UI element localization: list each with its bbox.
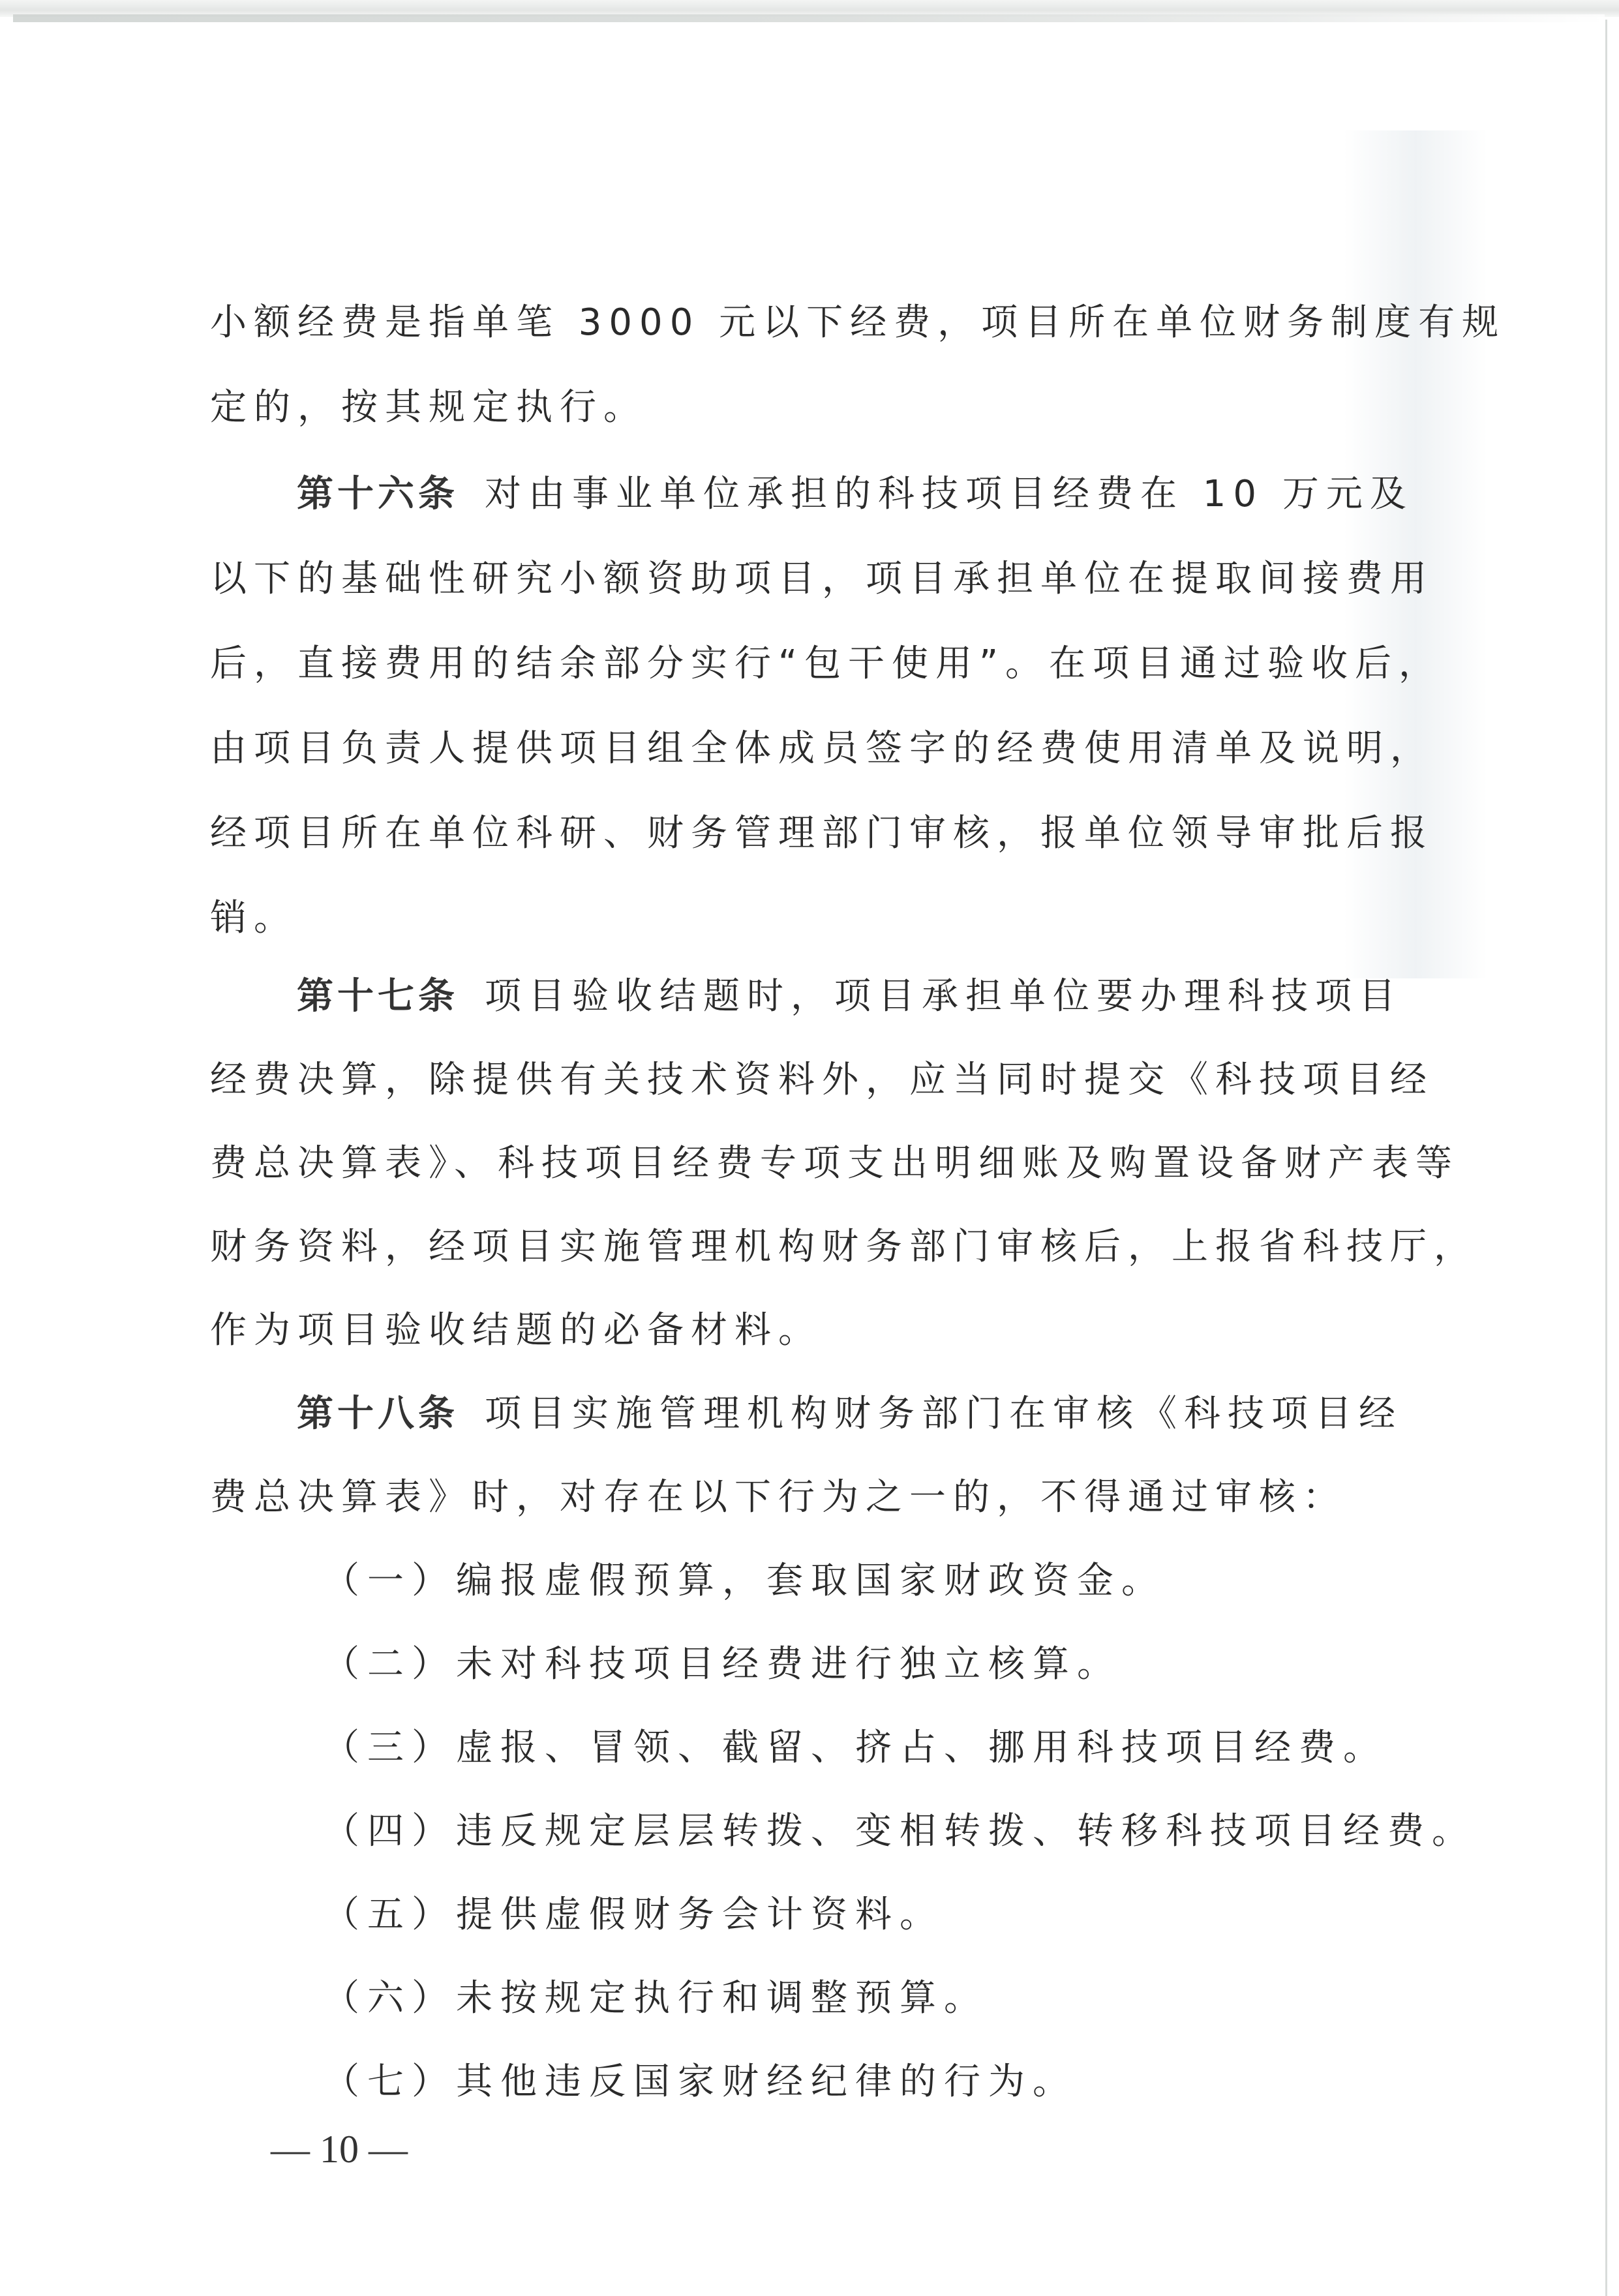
list-item: （五）提供虚假财务会计资料。	[323, 1889, 1543, 1941]
text-line: 定的，按其规定执行。	[210, 382, 1430, 434]
text-line: 费总决算表》时，对存在以下行为之一的，不得通过审核：	[210, 1472, 1430, 1524]
text-line: 项目验收结题时，项目承担单位要办理科技项目	[485, 975, 1402, 1018]
list-item: （六）未按规定执行和调整预算。	[323, 1972, 1543, 2025]
article-16-first-line: 第十六条对由事业单位承担的科技项目经费在 10 万元及	[297, 468, 1517, 521]
list-item: （四）违反规定层层转拨、变相转拨、转移科技项目经费。	[323, 1805, 1543, 1858]
list-item: （七）其他违反国家财经纪律的行为。	[323, 2056, 1543, 2108]
text-line: 小额经费是指单笔 3000 元以下经费，项目所在单位财务制度有规	[210, 297, 1430, 349]
text-line: 后，直接费用的结余部分实行“包干使用”。在项目通过验收后，	[210, 638, 1430, 690]
scan-edge-shadow	[13, 14, 1605, 22]
article-17-first-line: 第十七条项目验收结题时，项目承担单位要办理科技项目	[297, 971, 1517, 1023]
text-line: 销。	[210, 892, 1430, 944]
list-item: （三）虚报、冒领、截留、挤占、挪用科技项目经费。	[323, 1722, 1543, 1774]
text-line: 项目实施管理机构财务部门在审核《科技项目经	[485, 1393, 1402, 1435]
text-line: 由项目负责人提供项目组全体成员签字的经费使用清单及说明，	[210, 723, 1430, 775]
article-heading: 第十六条	[297, 473, 459, 515]
text-line: 费总决算表》、科技项目经费专项支出明细账及购置设备财产表等	[210, 1138, 1430, 1190]
scan-right-edge	[1605, 20, 1607, 2296]
list-item: （二）未对科技项目经费进行独立核算。	[323, 1639, 1543, 1691]
text-line: 作为项目验收结题的必备材料。	[210, 1305, 1430, 1357]
article-heading: 第十七条	[297, 975, 459, 1018]
text-line: 对由事业单位承担的科技项目经费在 10 万元及	[485, 473, 1414, 515]
text-line: 经费决算，除提供有关技术资料外，应当同时提交《科技项目经	[210, 1054, 1430, 1106]
text-line: 财务资料，经项目实施管理机构财务部门审核后，上报省科技厅，	[210, 1221, 1430, 1273]
article-18-first-line: 第十八条项目实施管理机构财务部门在审核《科技项目经	[297, 1388, 1517, 1440]
article-heading: 第十八条	[297, 1393, 459, 1435]
list-item: （一）编报虚假预算，套取国家财政资金。	[323, 1555, 1543, 1607]
text-line: 以下的基础性研究小额资助项目，项目承担单位在提取间接费用	[210, 553, 1430, 605]
text-line: 经项目所在单位科研、财务管理部门审核，报单位领导审批后报	[210, 808, 1430, 860]
page-number: — 10 —	[271, 2123, 408, 2175]
